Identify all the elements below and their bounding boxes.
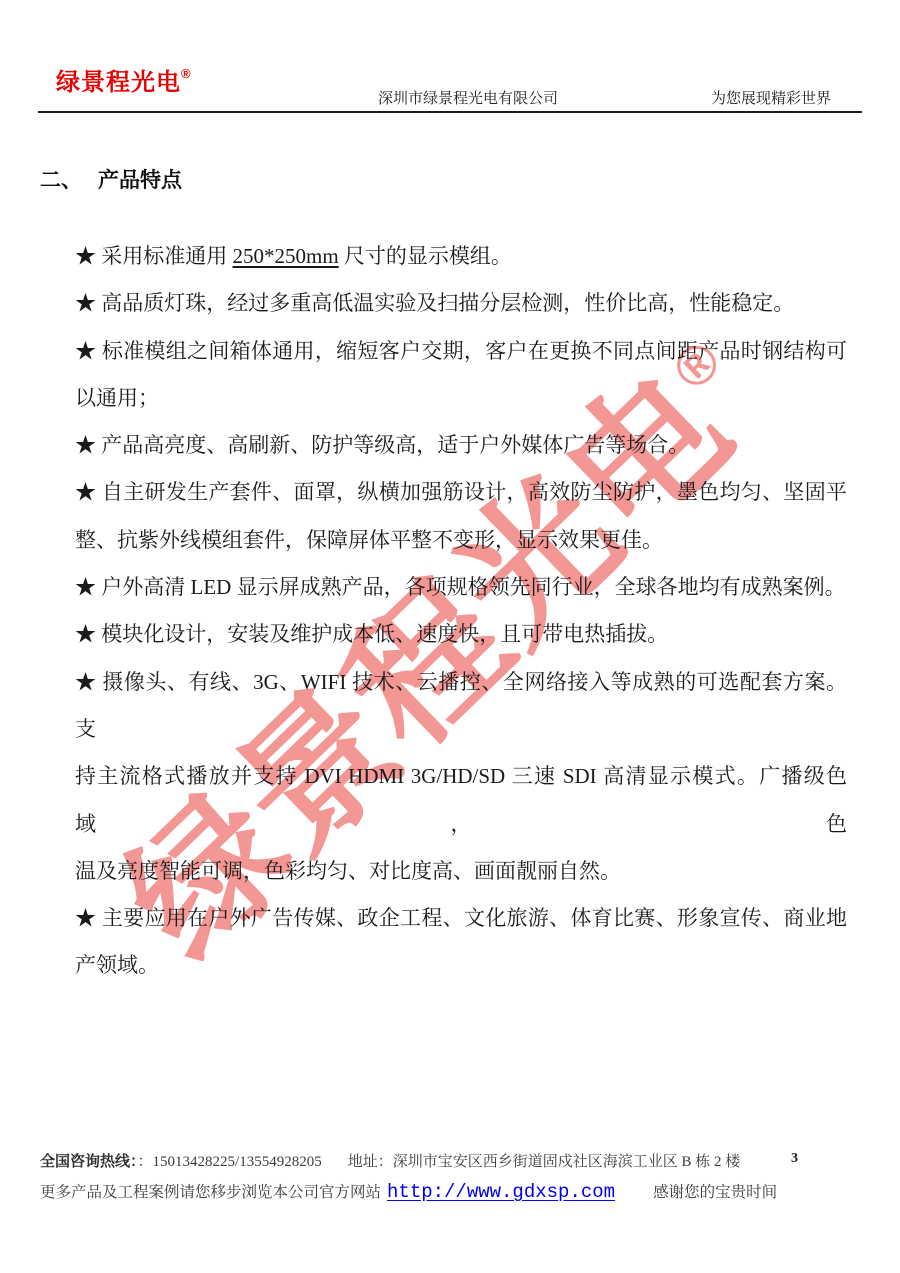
feature-line: ★ 户外高清 LED 显示屏成熟产品，各项规格领先同行业，全球各地均有成熟案例。: [75, 564, 847, 611]
feature-line: 产领域。: [75, 942, 847, 989]
header-slogan: 为您展现精彩世界: [711, 87, 831, 108]
feature-line: ★ 产品高亮度、高刷新、防护等级高，适于户外媒体广告等场合。: [75, 422, 847, 469]
feature-line: ★ 自主研发生产套件、面罩，纵横加强筋设计，高效防尘防护，墨色均匀、坚固平: [75, 469, 847, 516]
underlined-spec: 250*250mm: [233, 244, 339, 268]
feature-line: 持主流格式播放并支持 DVI HDMI 3G/HD/SD 三速 SDI 高清显示…: [75, 753, 847, 848]
section-title-text: 产品特点: [98, 168, 182, 192]
feature-list: ★ 采用标准通用 250*250mm 尺寸的显示模组。 ★ 高品质灯珠，经过多重…: [75, 233, 847, 990]
feature-line: ★ 采用标准通用 250*250mm 尺寸的显示模组。: [75, 233, 847, 280]
feature-line: 温及亮度智能可调，色彩均匀、对比度高、画面靓丽自然。: [75, 848, 847, 895]
thanks-text: 感谢您的宝贵时间: [653, 1184, 777, 1201]
logo-text: 绿景程光电: [56, 69, 181, 96]
feature-line: ★ 模块化设计，安装及维护成本低、速度快，且可带电热插拔。: [75, 611, 847, 658]
feature-text: ★ 采用标准通用: [75, 244, 233, 268]
registered-trademark-icon: ®: [181, 66, 191, 81]
company-logo: 绿景程光电®: [56, 62, 191, 97]
footer-contact-line: 全国咨询热线：：15013428225/13554928205地址：深圳市宝安区…: [40, 1150, 740, 1171]
website-link[interactable]: http://www.gdxsp.com: [387, 1181, 615, 1203]
feature-line: ★ 高品质灯珠，经过多重高低温实验及扫描分层检测，性价比高，性能稳定。: [75, 280, 847, 327]
document-page: 绿景程光电® 绿景程光电® 深圳市绿景程光电有限公司 为您展现精彩世界 二、产品…: [0, 0, 900, 1273]
hotline-separator: ：: [138, 1154, 153, 1170]
feature-line: ★ 主要应用在户外广告传媒、政企工程、文化旅游、体育比赛、形象宣传、商业地: [75, 895, 847, 942]
footer-website-line: 更多产品及工程案例请您移步浏览本公司官方网站http://www.gdxsp.c…: [40, 1180, 777, 1203]
header-company-name: 深圳市绿景程光电有限公司: [378, 87, 558, 108]
feature-line: ★ 标准模组之间箱体通用，缩短客户交期，客户在更换不同点间距产品时钢结构可: [75, 328, 847, 375]
feature-line: 整、抗紫外线模组套件，保障屏体平整不变形，显示效果更佳。: [75, 517, 847, 564]
page-number: 3: [791, 1151, 798, 1167]
section-title: 二、产品特点: [40, 164, 182, 194]
feature-line: 以通用；: [75, 375, 847, 422]
header-divider: [38, 111, 862, 113]
hotline-phones: 15013428225/13554928205: [153, 1154, 322, 1170]
feature-line: ★ 摄像头、有线、3G、WIFI 技术、云播控、全网络接入等成熟的可选配套方案。…: [75, 659, 847, 754]
address-text: 深圳市宝安区西乡街道固戍社区海滨工业区 B 栋 2 楼: [393, 1154, 741, 1170]
address-label: 地址：: [348, 1154, 393, 1170]
website-prefix-text: 更多产品及工程案例请您移步浏览本公司官方网站: [40, 1184, 381, 1201]
section-number: 二、: [40, 168, 82, 192]
hotline-label: 全国咨询热线：: [40, 1154, 138, 1170]
feature-text: 尺寸的显示模组。: [339, 244, 512, 268]
